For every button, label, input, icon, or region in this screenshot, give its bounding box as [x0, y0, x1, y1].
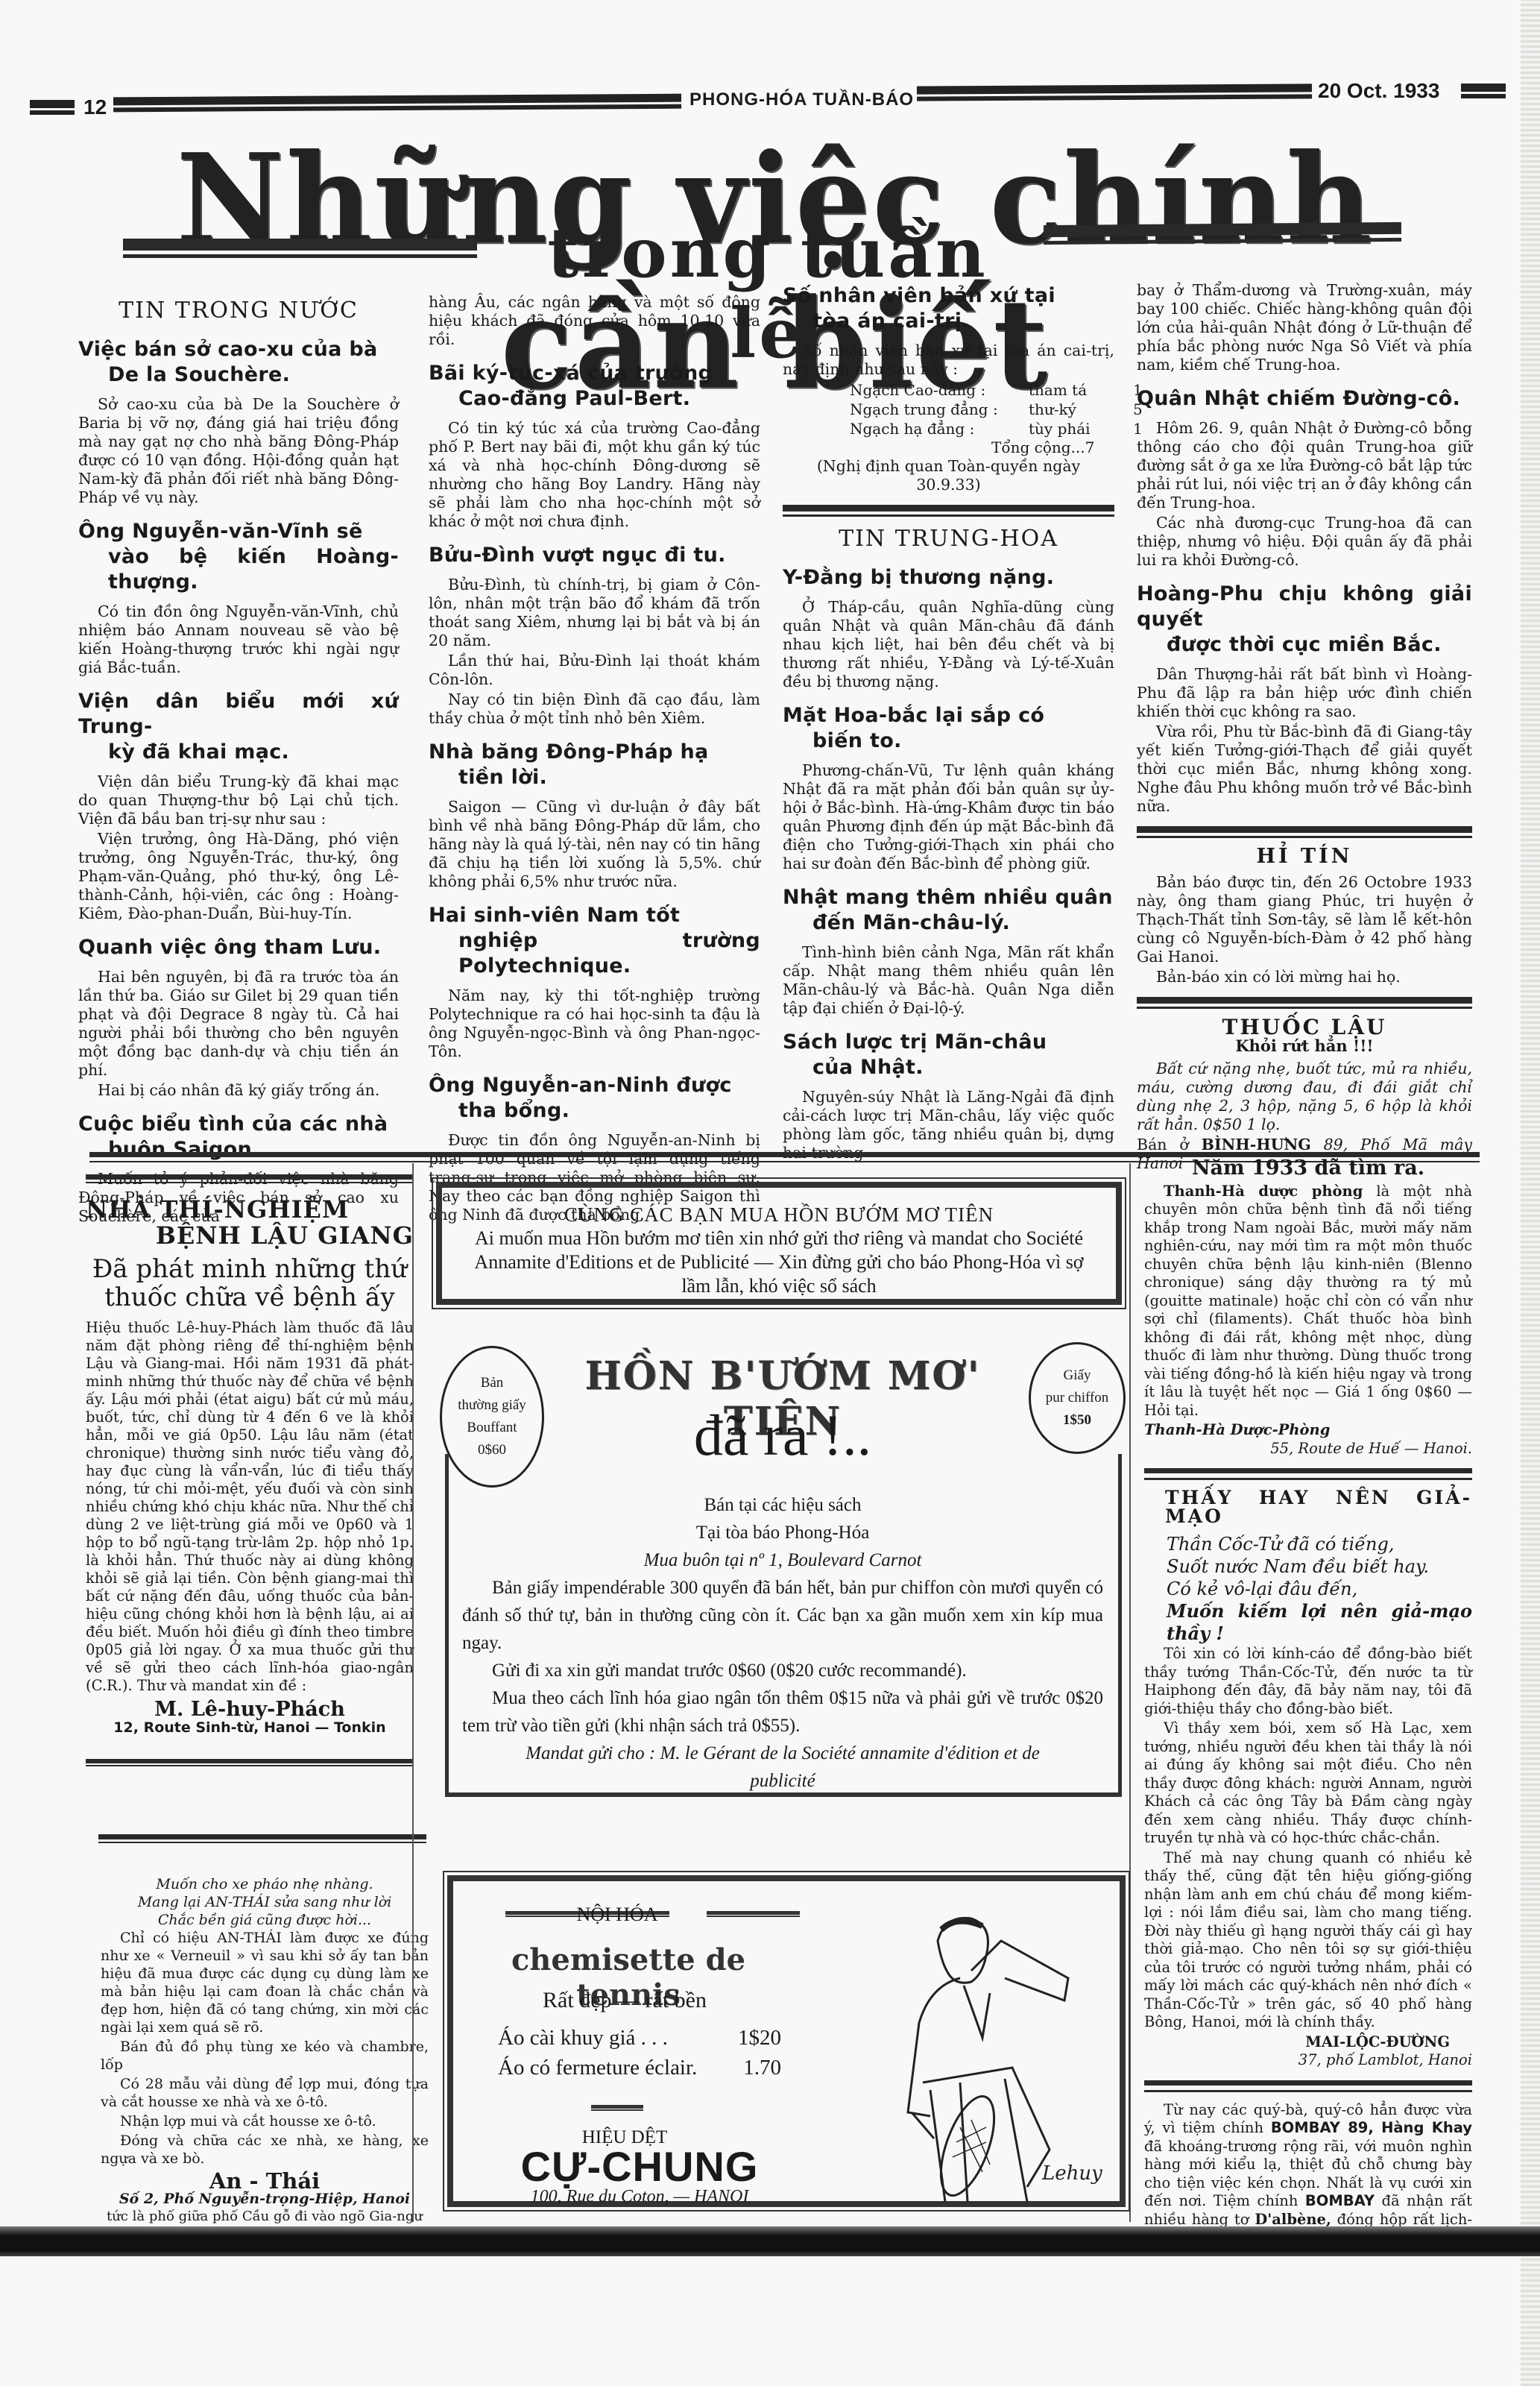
headline: Ông Nguyễn-an-Ninh đượctha bổng.: [429, 1073, 760, 1124]
section-divider: [1144, 2080, 1472, 2092]
ad-subtitle: Đã phát minh những thứ thuốc chữa về bện…: [86, 1255, 414, 1312]
headline: Việc bán sở cao-xu của bàDe la Souchère.: [78, 337, 399, 388]
article: Hoàng-Phu chịu không giải quyếtđược thời…: [1137, 582, 1472, 816]
rule: [86, 1174, 414, 1183]
ad-subtitle: Khỏi rứt hẳn !!!: [1137, 1036, 1472, 1055]
article-body: Nay có tin biện Đình đã cạo đầu, làm thầ…: [429, 690, 760, 728]
article-body: Bửu-Đình, tù chính-trị, bị giam ở Côn-lô…: [429, 576, 760, 650]
ad-title: THUỐC LẬU: [1137, 1018, 1472, 1036]
rule: [98, 1834, 426, 1843]
article-body: Viện trưởng, ông Hà-Dăng, phó viện trưởn…: [78, 830, 399, 923]
headline: Quanh việc ông tham Lưu.: [78, 935, 399, 960]
ad-lab: NHÀ THÍ-NGHIỆM BỆNH LẬU GIANG Đã phát mi…: [86, 1174, 414, 1766]
sign-name: Thanh-Hà Dược-Phòng: [1144, 1421, 1472, 1440]
continued-text: hàng Âu, các ngân hàng và một số đông hi…: [429, 293, 760, 349]
headline: Quân Nhật chiếm Đường-cô.: [1137, 386, 1472, 412]
ad-title: Năm 1933 đã tìm ra.: [1144, 1159, 1472, 1178]
wedding-title: HỈ TÍN: [1137, 847, 1472, 866]
rule: [30, 100, 75, 110]
ad-body: Hiệu thuốc Lê-huy-Phách làm thuốc đã lâu…: [86, 1319, 414, 1695]
article: Viện dân biểu mới xứ Trung-kỳ đã khai mạ…: [78, 689, 399, 923]
shop-address-2: tức là phố giữa phố Cầu gỗ đi vào ngõ Gi…: [101, 2208, 429, 2226]
article: Quanh việc ông tham Lưu. Hai bên nguyên,…: [78, 935, 399, 1100]
notice-body: Ai muốn mua Hồn bướm mơ tiên xin nhớ gửi…: [464, 1227, 1094, 1298]
article: Bửu-Đình vượt ngục đi tu. Bửu-Đình, tù c…: [429, 543, 760, 728]
price-list: Áo cài khuy giá . . .1$20 Áo có fermetur…: [498, 2023, 781, 2083]
column-china-news: Số nhân viên bản xứ tạitòa án cai-trị. S…: [783, 283, 1114, 1164]
article-body: Hai bên nguyên, bị đã ra trước tòa án lầ…: [78, 968, 399, 1080]
notice-title: CÙNG CÁC BẠN MUA HỒN BƯỚM MƠ TIÊN: [464, 1203, 1094, 1227]
title-rule-left: [123, 239, 477, 258]
headline: Hoàng-Phu chịu không giải quyếtđược thời…: [1137, 582, 1472, 658]
column-rule: [1129, 1163, 1131, 2222]
column-china-continued: bay ở Thẩm-dương và Trường-xuân, máy bay…: [1137, 281, 1472, 1173]
article-body: Năm nay, kỳ thi tốt-nghiệp trường Polyte…: [429, 986, 760, 1061]
headline: Nhật mang thêm nhiều quânđến Mãn-châu-lý…: [783, 885, 1114, 936]
article-body: Hôm 26. 9, quân Nhật ở Đường-cô bỗng thô…: [1137, 419, 1472, 512]
section-divider: [1144, 1468, 1472, 1480]
article: Ông Nguyễn-văn-Vĩnh sẽvào bệ kiến Hoàng-…: [78, 519, 399, 677]
ad-body: Bất cứ nặng nhẹ, buốt tức, mủ ra nhiều, …: [1137, 1060, 1472, 1134]
ad-bombay: Từ nay các quý-bà, quý-cô hẳn được vừa ý…: [1144, 2101, 1472, 2247]
ad-title-1: NHÀ THÍ-NGHIỆM: [86, 1197, 414, 1222]
shop-address: 100, Rue du Coton, — HANOI: [490, 2187, 789, 2207]
rule: [591, 2105, 643, 2111]
tennis-player-illustration: Lehuy: [856, 1896, 1109, 2209]
notice-box: CÙNG CÁC BẠN MUA HỒN BƯỚM MƠ TIÊN Ai muố…: [436, 1182, 1122, 1305]
ad-title-2: BỆNH LẬU GIANG: [86, 1222, 414, 1249]
svg-text:Lehuy: Lehuy: [1041, 2162, 1102, 2185]
ad-title: THẤY HAY NÊN GIẢ-MẠO: [1144, 1489, 1472, 1526]
article: Sách lược trị Mãn-châucủa Nhật. Nguyên-s…: [783, 1030, 1114, 1162]
ad-thuoc-lau: THUỐC LẬU Khỏi rứt hẳn !!! Bất cứ nặng n…: [1137, 1018, 1472, 1173]
rule: [1461, 84, 1506, 94]
article-body: Số nhân viên bản xứ tại tòa án cai-trị, …: [783, 341, 1114, 379]
price-row: Áo cài khuy giá . . .1$20: [498, 2023, 781, 2053]
column-domestic-news: TIN TRONG NƯỚC Việc bán sở cao-xu của bà…: [78, 295, 399, 1227]
title-rule-right: [1044, 222, 1401, 245]
scan-edge: [1521, 0, 1540, 2386]
sign-address: 37, phố Lamblot, Hanoi: [1144, 2051, 1472, 2070]
issue-date: 20 Oct. 1933: [1318, 79, 1439, 103]
contact-name: M. Lê-huy-Phách: [86, 1701, 414, 1719]
headline: Bãi ký-túc-xá của trườngCao-đẳng Paul-Be…: [429, 361, 760, 412]
section-title: TIN TRONG NƯỚC: [78, 298, 399, 324]
article-body: Có tin đồn ông Nguyễn-văn-Vĩnh, chủ nhiệ…: [78, 602, 399, 677]
headline: Viện dân biểu mới xứ Trung-kỳ đã khai mạ…: [78, 689, 399, 765]
article: Mặt Hoa-bắc lại sắp cóbiến to. Phương-ch…: [783, 703, 1114, 873]
ad-thanh-ha: Năm 1933 đã tìm ra. Thanh-Hà dược phòng …: [1144, 1159, 1472, 1458]
column-rule: [412, 1163, 414, 2222]
article: Nhật mang thêm nhiều quânđến Mãn-châu-lý…: [783, 885, 1114, 1018]
section-divider: [783, 505, 1114, 517]
newspaper-page: 12 PHONG-HÓA TUẦN-BÁO 20 Oct. 1933 Những…: [0, 0, 1540, 2386]
headline: Y-Đằng bị thương nặng.: [783, 565, 1114, 591]
article: Nhà băng Đông-Pháp hạtiền lời. Saigon — …: [429, 740, 760, 891]
article-body: Tình-hình biên cảnh Nga, Mãn rất khẩn cấ…: [783, 943, 1114, 1018]
ad-an-thai: Muốn cho xe pháo nhẹ nhàng. Mang lại AN-…: [101, 1875, 429, 2226]
sign-name: MAI-LỘC-ĐƯỜNG: [1144, 2033, 1472, 2052]
article: Quân Nhật chiếm Đường-cô. Hôm 26. 9, quâ…: [1137, 386, 1472, 570]
article-body: Viện dân biểu Trung-kỳ đã khai mạc do qu…: [78, 772, 399, 828]
article-staff: Số nhân viên bản xứ tạitòa án cai-trị. S…: [783, 283, 1114, 494]
article: Bãi ký-túc-xá của trườngCao-đẳng Paul-Be…: [429, 361, 760, 531]
staff-table: Ngạch Cao-đẳng :tham tá1 Ngạch trung đẳn…: [850, 380, 1114, 438]
decree-source: (Nghị định quan Toàn-quyền ngày 30.9.33): [783, 457, 1114, 494]
staff-total: Tổng cộng...7: [991, 438, 1114, 457]
rule: [707, 1911, 800, 1917]
page-number: 12: [83, 95, 107, 119]
price-row: Áo có fermeture éclair.1.70: [498, 2053, 781, 2083]
headline: Nhà băng Đông-Pháp hạtiền lời.: [429, 740, 760, 790]
rule: [113, 94, 681, 108]
section-divider: [1137, 826, 1472, 838]
article: Hai sinh-viên Nam tốtnghiệp trường Polyt…: [429, 903, 760, 1061]
headline: Mặt Hoa-bắc lại sắp cóbiến to.: [783, 703, 1114, 754]
scan-bottom-edge: [0, 2226, 1540, 2256]
headline: Số nhân viên bản xứ tạitòa án cai-trị.: [783, 283, 1114, 334]
contact-address: 12, Route Sinh-từ, Hanoi — Tonkin: [86, 1719, 414, 1737]
rule: [917, 84, 1312, 96]
article-body: Lần thứ hai, Bửu-Đình lại thoát khám Côn…: [429, 652, 760, 689]
article: Y-Đằng bị thương nặng. Ở Tháp-cầu, quân …: [783, 565, 1114, 691]
slogan: Rất đẹp — rất bền: [453, 1988, 796, 2013]
article-body: Dân Thượng-hải rất bất bình vì Hoàng-Phu…: [1137, 665, 1472, 721]
shop-address: Số 2, Phố Nguyễn-trọng-Hiệp, Hanoi: [101, 2190, 429, 2208]
article-body: Saigon — Cũng vì dư-luận ở đây bất bình …: [429, 798, 760, 891]
article-body: Vừa rồi, Phu từ Bắc-bình đã đi Giang-tây…: [1137, 723, 1472, 816]
wedding-notice: HỈ TÍN Bản báo được tin, đến 26 Octobre …: [1137, 847, 1472, 986]
article-body: Ở Tháp-cầu, quân Nghĩa-dũng cùng quân Nh…: [783, 598, 1114, 691]
sign-address: 55, Route de Huế — Hanoi.: [1144, 1440, 1472, 1458]
headline: Bửu-Đình vượt ngục đi tu.: [429, 543, 760, 568]
ad-mai-loc-duong: THẤY HAY NÊN GIẢ-MẠO Thần Cốc-Tử đã có t…: [1144, 1489, 1472, 2070]
ad-cu-chung: NỘI HÓA chemisette de tennis Rất đẹp — r…: [447, 1875, 1126, 2207]
headline: Hai sinh-viên Nam tốtnghiệp trường Polyt…: [429, 903, 760, 979]
shop-name: CỰ-CHUNG: [490, 2142, 789, 2191]
shop-name: An - Thái: [101, 2172, 429, 2190]
column-right-ads: Năm 1933 đã tìm ra. Thanh-Hà dược phòng …: [1144, 1159, 1472, 2249]
section-title: TIN TRUNG-HOA: [783, 526, 1114, 552]
article-body: Nguyên-súy Nhật là Lăng-Ngải đã định cải…: [783, 1088, 1114, 1162]
price-badge-chiffon: Giấy pur chiffon 1$50: [1029, 1342, 1126, 1454]
article-body: Các nhà đương-cục Trung-hoa đã can thiệp…: [1137, 514, 1472, 570]
article-body: Phương-chấn-Vũ, Tư lệnh quân kháng Nhật …: [783, 761, 1114, 873]
continued-text: bay ở Thẩm-dương và Trường-xuân, máy bay…: [1137, 281, 1472, 374]
rule: [86, 1759, 414, 1766]
article: Việc bán sở cao-xu của bàDe la Souchère.…: [78, 337, 399, 507]
masthead: PHONG-HÓA TUẦN-BÁO: [689, 89, 914, 110]
article-body: Sở cao-xu của bà De la Souchère ở Baria …: [78, 395, 399, 507]
headline: Sách lược trị Mãn-châucủa Nhật.: [783, 1030, 1114, 1080]
ad-body: Bán tại các hiệu sách Tại tòa báo Phong-…: [462, 1491, 1103, 1795]
column-domestic-continued: hàng Âu, các ngân hàng và một số đông hi…: [429, 293, 760, 1226]
headline: Ông Nguyễn-văn-Vĩnh sẽvào bệ kiến Hoàng-…: [78, 519, 399, 595]
article-body: Hai bị cáo nhân đã ký giấy trống án.: [78, 1081, 399, 1100]
running-head: 12 PHONG-HÓA TUẦN-BÁO 20 Oct. 1933: [30, 84, 1509, 113]
article-body: Có tin ký túc xá của trường Cao-đẳng phố…: [429, 419, 760, 531]
section-divider: [1137, 997, 1472, 1009]
